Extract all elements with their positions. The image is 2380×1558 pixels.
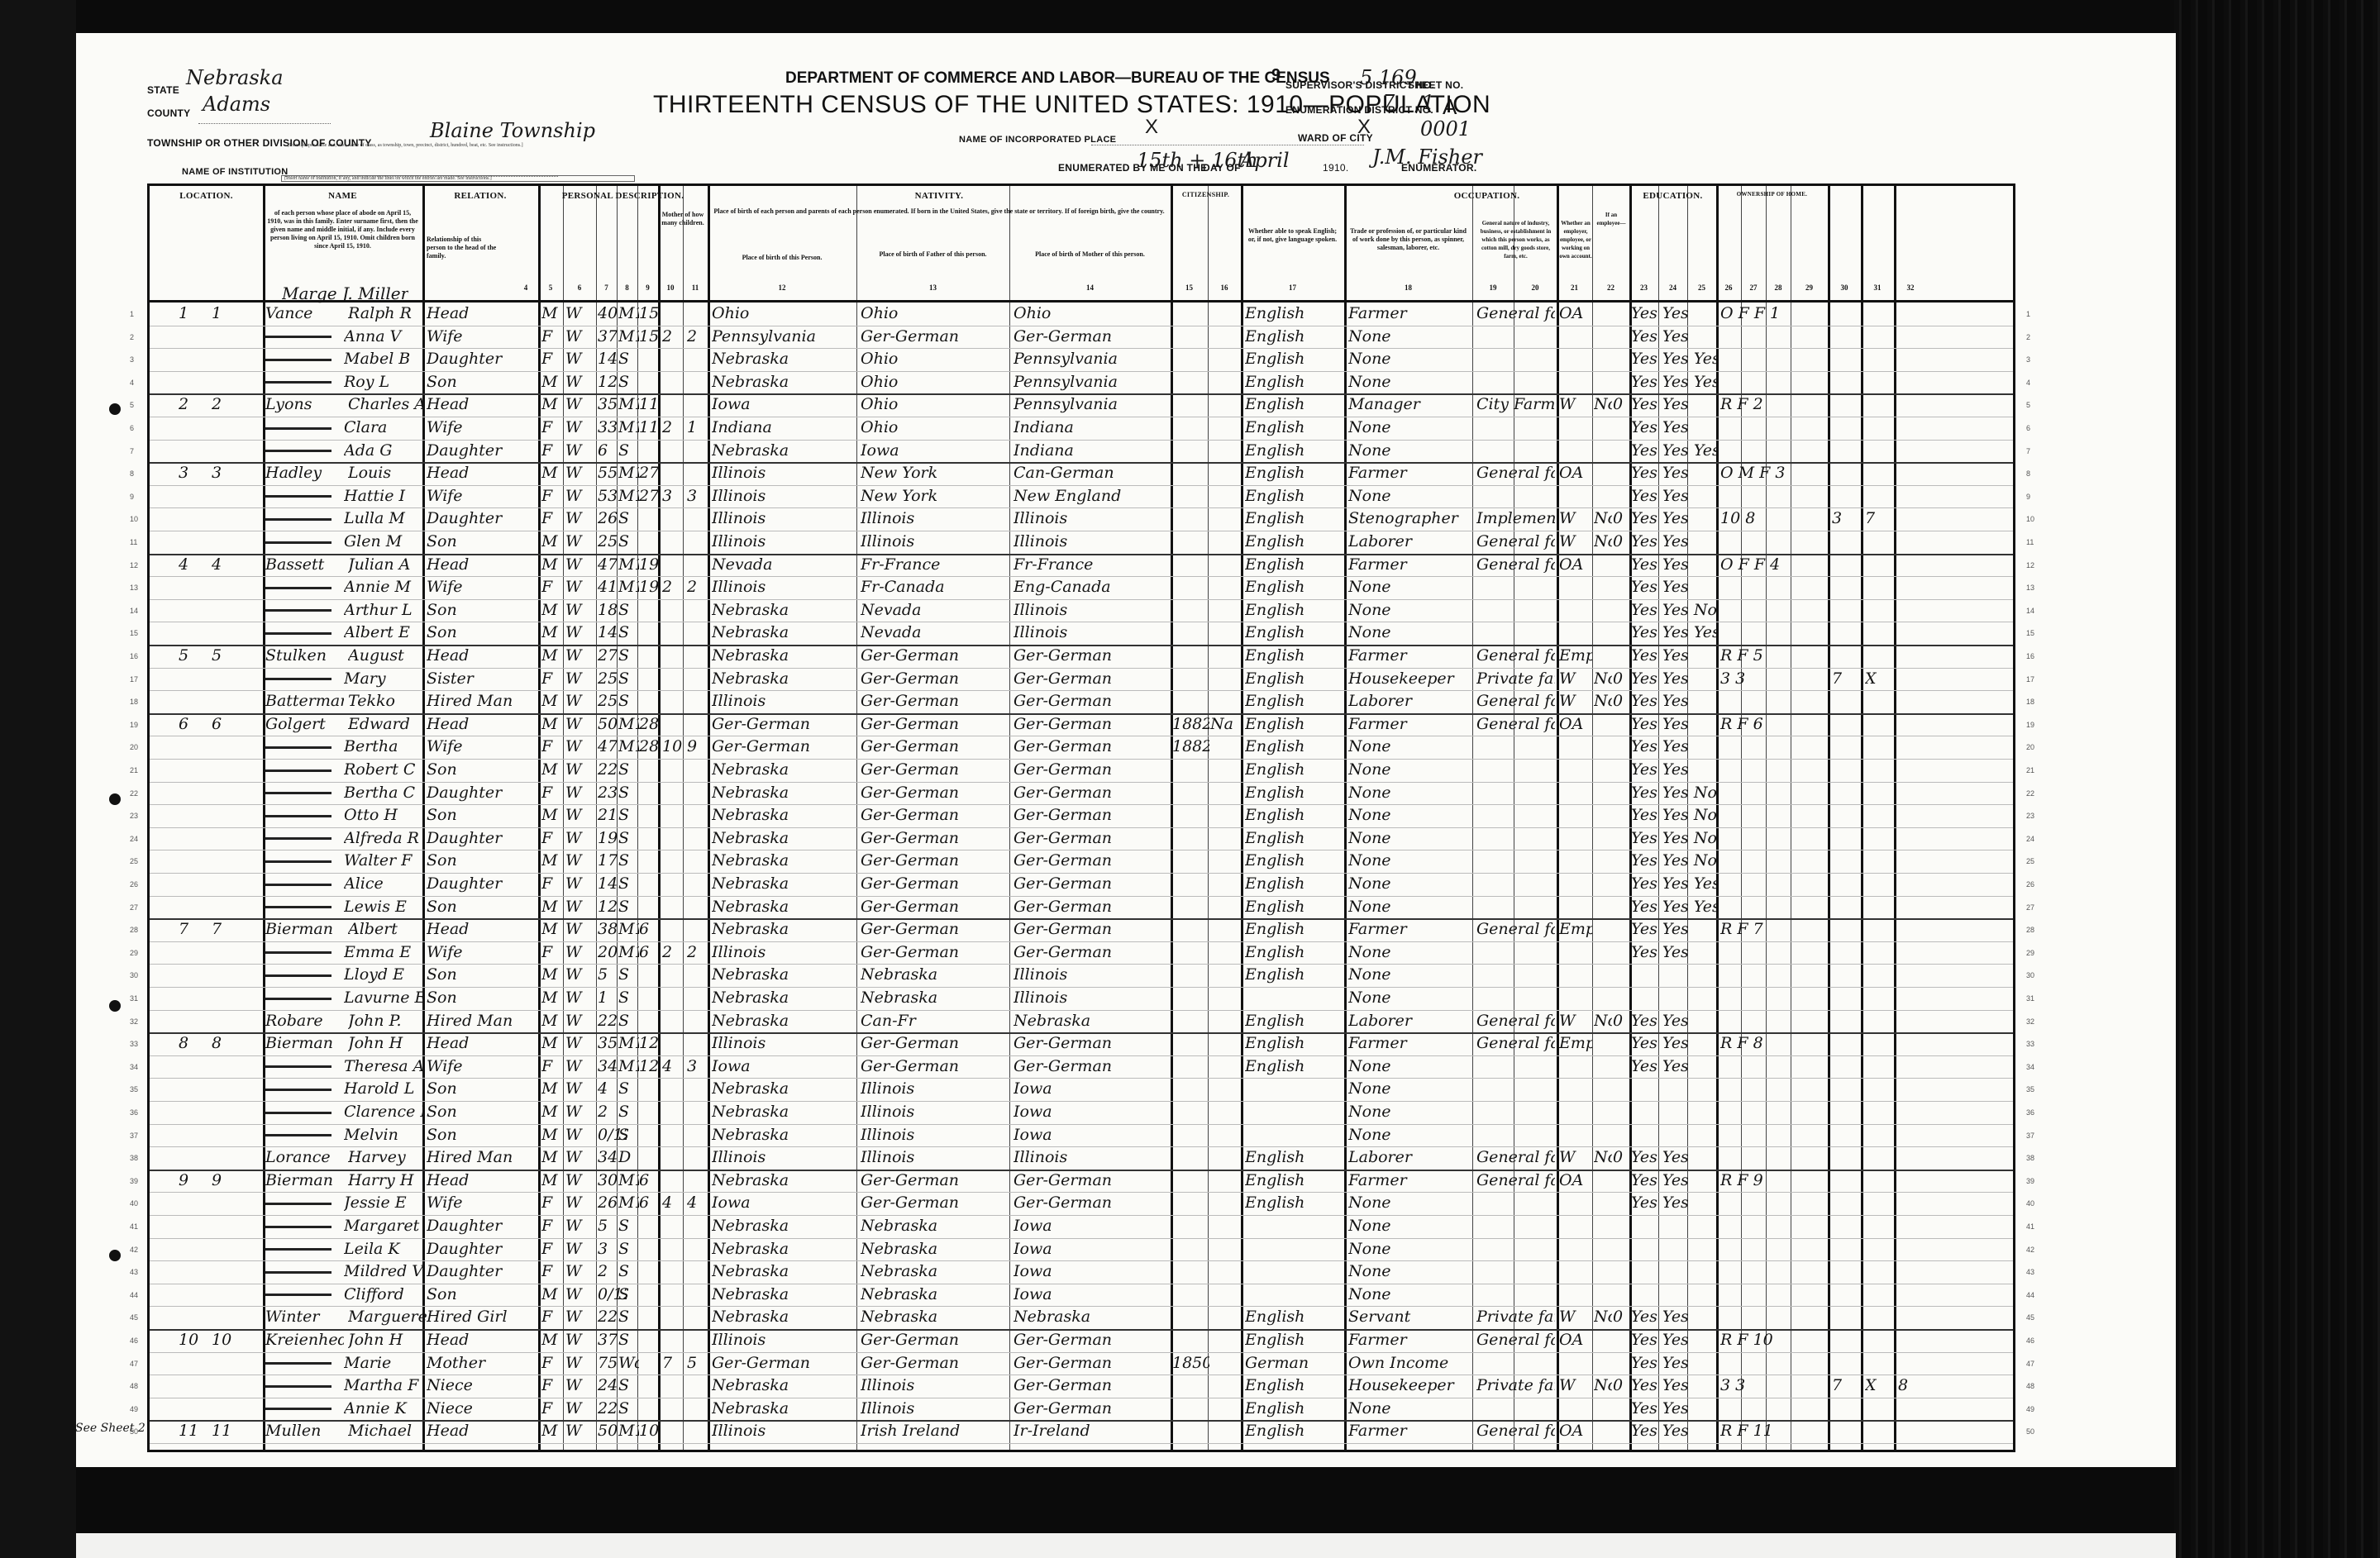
line-number: 11: [130, 538, 137, 546]
cell-bpm: Illinois: [1014, 509, 1171, 527]
cell-lang: English: [1245, 1034, 1344, 1052]
employer-heading: Whether an employer, employee, or workin…: [1559, 219, 1592, 260]
cell-c30: 3: [1832, 509, 1861, 527]
cell-sex: F: [541, 669, 562, 688]
cell-bpm: Ger-German: [1014, 1034, 1171, 1052]
table-row: 3131Lavurne ESonMW1SNebraskaNebraskaIlli…: [150, 987, 2013, 1011]
cell-emp: OA: [1559, 555, 1592, 574]
cell-c30: 7: [1832, 1376, 1861, 1394]
line-number: 30: [2026, 971, 2034, 979]
year-value: 1910.: [1323, 162, 1349, 174]
cell-race: W: [565, 965, 594, 984]
ditto-mark: [265, 860, 331, 863]
cell-surname: [265, 760, 344, 779]
cell-sex: M: [541, 851, 562, 870]
cell-trade: None: [1348, 578, 1472, 596]
cell-born: 7: [662, 1354, 683, 1372]
line-number: 4: [130, 379, 134, 387]
cell-mar: M1: [618, 1422, 639, 1440]
cell-sex: F: [541, 737, 562, 755]
cell-surname: [265, 829, 344, 847]
cell-rel: Head: [427, 1034, 534, 1052]
table-row: 1111VanceRalph RHeadMW40M115OhioOhioOhio…: [150, 303, 2013, 326]
cell-trade: None: [1348, 851, 1472, 870]
cell-surname: [265, 1057, 344, 1075]
cell-race: W: [565, 1376, 594, 1394]
cell-yrs: 27: [639, 487, 660, 505]
cell-given: Clifford: [344, 1285, 422, 1303]
cell-edu: Yes Yes: [1631, 692, 1716, 710]
cell-surname: [265, 1354, 344, 1372]
cell-mar: M1: [618, 578, 639, 596]
margin-mark: 9: [1271, 66, 1281, 85]
cell-fam: 5: [212, 646, 236, 665]
cell-surname: [265, 441, 344, 460]
cell-lang: English: [1245, 1194, 1344, 1212]
cell-bpm: Iowa: [1014, 1240, 1171, 1258]
cell-edu: Yes Yes: [1631, 760, 1716, 779]
cell-given: August: [348, 646, 427, 665]
line-number: 27: [2026, 903, 2034, 912]
cell-surname: Robare: [265, 1012, 344, 1030]
cell-born: 4: [662, 1194, 683, 1212]
cell-trade: None: [1348, 1126, 1472, 1144]
cell-bpf: Ohio: [861, 350, 1009, 368]
cell-bp: Illinois: [712, 1422, 856, 1440]
personal-description-heading: PERSONAL DESCRIPTION.: [538, 191, 708, 201]
cell-given: John H: [348, 1034, 427, 1052]
cell-trade: Laborer: [1348, 532, 1472, 550]
cell-lang: English: [1245, 737, 1344, 755]
cell-trade: Laborer: [1348, 692, 1472, 710]
cell-surname: [265, 989, 344, 1007]
cell-mar: S: [618, 373, 639, 391]
cell-given: Lewis E: [344, 898, 422, 916]
cell-trade: Servant: [1348, 1308, 1472, 1326]
cell-oow: No: [1594, 509, 1612, 527]
cell-yrs: 15: [639, 327, 660, 345]
cell-race: W: [565, 1354, 594, 1372]
cell-lang: English: [1245, 1308, 1344, 1326]
cell-bp: Illinois: [712, 578, 856, 596]
line-number: 8: [2026, 469, 2030, 478]
cell-ind: General farm: [1476, 1171, 1555, 1189]
cell-rel: Head: [427, 715, 534, 733]
cell-lang: English: [1245, 920, 1344, 938]
cell-race: W: [565, 1240, 594, 1258]
cell-given: John H: [348, 1331, 427, 1349]
cell-bpf: New York: [861, 487, 1009, 505]
cell-bpf: Ger-German: [861, 829, 1009, 847]
cell-bpm: Ger-German: [1014, 1331, 1171, 1349]
cell-bp: Nebraska: [712, 760, 856, 779]
cell-wks: 0: [1613, 1308, 1629, 1326]
cell-ind: General farm: [1476, 692, 1555, 710]
cell-lang: English: [1245, 555, 1344, 574]
cell-c30: 7: [1832, 669, 1861, 688]
ditto-mark: [265, 1248, 331, 1251]
line-number: 31: [130, 994, 138, 1003]
if-employee-heading: If an employee—: [1594, 211, 1629, 227]
cell-lang: English: [1245, 829, 1344, 847]
cell-bpm: Ir-Ireland: [1014, 1422, 1171, 1440]
cell-bpm: Ger-German: [1014, 646, 1171, 665]
cell-ind: Implement House: [1476, 509, 1555, 527]
ownership-heading: OWNERSHIP OF HOME.: [1716, 191, 1828, 198]
film-border-right: [2174, 0, 2380, 1558]
ditto-mark: [265, 746, 331, 749]
county-value: Adams: [203, 93, 270, 116]
cell-bpf: Ohio: [861, 304, 1009, 322]
cell-lang: English: [1245, 1171, 1344, 1189]
line-number: 24: [130, 835, 138, 843]
table-row: 5522LyonsCharles AHeadMW35M111IowaOhioPe…: [150, 393, 2013, 417]
cell-own: R F 6: [1720, 715, 1828, 733]
cell-dw: 5: [179, 646, 203, 665]
cell-fam: 9: [212, 1171, 236, 1189]
cell-rel: Son: [427, 532, 534, 550]
cell-edu: Yes Yes No: [1631, 784, 1716, 802]
cell-sex: F: [541, 784, 562, 802]
cell-fam: 6: [212, 715, 236, 733]
cell-fam: 2: [212, 395, 236, 413]
sheet-no-label: SHEET NO.: [1408, 79, 1463, 91]
cell-wks: 0: [1613, 509, 1629, 527]
table-row: 1010Lulla MDaughterFW26SIllinoisIllinois…: [150, 507, 2013, 531]
cell-mar: S: [618, 851, 639, 870]
cell-bpm: Iowa: [1014, 1079, 1171, 1098]
cell-rel: Wife: [427, 487, 534, 505]
cell-bp: Nebraska: [712, 1285, 856, 1303]
cell-race: W: [565, 1103, 594, 1121]
cell-dw: 11: [179, 1422, 203, 1440]
line-number: 42: [130, 1246, 138, 1254]
cell-lang: English: [1245, 806, 1344, 824]
cell-rel: Son: [427, 1103, 534, 1121]
cell-trade: None: [1348, 989, 1472, 1007]
cell-emp: OA: [1559, 715, 1592, 733]
cell-rel: Head: [427, 395, 534, 413]
cell-mar: S: [618, 898, 639, 916]
ditto-mark: [265, 632, 331, 635]
cell-ind: General farm: [1476, 555, 1555, 574]
cell-surname: [265, 327, 344, 345]
cell-bpm: Ger-German: [1014, 920, 1171, 938]
cell-surname: Bierman: [265, 1034, 344, 1052]
cell-trade: Farmer: [1348, 646, 1472, 665]
cell-lang: English: [1245, 898, 1344, 916]
line-number: 19: [130, 721, 138, 729]
cell-dw: 1: [179, 304, 203, 322]
cell-rel: Daughter: [427, 1262, 534, 1280]
table-row: 191966GolgertEdwardHeadMW50M128Ger-Germa…: [150, 713, 2013, 737]
cell-bpf: Ger-German: [861, 327, 1009, 345]
cell-surname: [265, 1240, 344, 1258]
cell-sex: M: [541, 1103, 562, 1121]
line-number: 32: [2026, 1017, 2034, 1026]
table-row: 4242Leila KDaughterFW3SNebraskaNebraskaI…: [150, 1238, 2013, 1262]
cell-race: W: [565, 1034, 594, 1052]
cell-sex: F: [541, 1354, 562, 1372]
cell-race: W: [565, 989, 594, 1007]
line-number: 7: [2026, 447, 2030, 455]
cell-bpf: Nebraska: [861, 965, 1009, 984]
cell-sex: F: [541, 943, 562, 961]
line-number: 18: [130, 698, 138, 706]
cell-bp: Ger-German: [712, 1354, 856, 1372]
cell-surname: Lorance: [265, 1148, 344, 1166]
cell-dw: 4: [179, 555, 203, 574]
cell-given: Marguerette: [348, 1308, 427, 1326]
cell-bp: Nebraska: [712, 806, 856, 824]
line-number: 45: [130, 1313, 138, 1322]
cell-rel: Daughter: [427, 350, 534, 368]
cell-rel: Daughter: [427, 874, 534, 893]
cell-mar: S: [618, 1217, 639, 1235]
line-number: 1: [2026, 310, 2030, 318]
cell-rel: Son: [427, 760, 534, 779]
cell-yrs: 6: [639, 1171, 660, 1189]
cell-rel: Son: [427, 601, 534, 619]
cell-dw: 6: [179, 715, 203, 733]
table-row: 2020BerthaWifeFW47M128109Ger-GermanGer-G…: [150, 736, 2013, 760]
cell-mar: S: [618, 1079, 639, 1098]
cell-trade: None: [1348, 1285, 1472, 1303]
ditto-mark: [265, 974, 331, 977]
cell-edu: Yes Yes: [1631, 1308, 1716, 1326]
cell-bp: Nevada: [712, 555, 856, 574]
cell-edu: Yes Yes: [1631, 532, 1716, 550]
line-number: 36: [2026, 1108, 2034, 1117]
cell-bp: Nebraska: [712, 1103, 856, 1121]
cell-fam: 1: [212, 304, 236, 322]
cell-trade: None: [1348, 806, 1472, 824]
cell-bpm: Iowa: [1014, 1126, 1171, 1144]
state-label: STATE: [147, 84, 179, 96]
cell-surname: [265, 943, 344, 961]
cell-given: Roy L: [344, 373, 422, 391]
table-row: 99Hattie IWifeFW53M12733IllinoisNew York…: [150, 485, 2013, 509]
cell-ind: General farm: [1476, 1422, 1555, 1440]
line-number: 48: [2026, 1382, 2034, 1390]
cell-lang: English: [1245, 1012, 1344, 1030]
line-number: 23: [130, 812, 138, 820]
cell-edu: Yes Yes: [1631, 669, 1716, 688]
cell-bp: Nebraska: [712, 669, 856, 688]
cell-rel: Son: [427, 373, 534, 391]
table-row: 3232RobareJohn P.Hired ManMW22SNebraskaC…: [150, 1010, 2013, 1035]
cell-living: 2: [687, 578, 708, 596]
line-number: 23: [2026, 812, 2034, 820]
cell-bpm: Ger-German: [1014, 851, 1171, 870]
table-row: 4747MarieMotherFW75Wd75Ger-GermanGer-Ger…: [150, 1352, 2013, 1376]
cell-mar: M1: [618, 943, 639, 961]
cell-mar: M1: [618, 1057, 639, 1075]
cell-mar: S: [618, 1012, 639, 1030]
cell-sex: M: [541, 646, 562, 665]
cell-surname: [265, 373, 344, 391]
cell-rel: Son: [427, 1285, 534, 1303]
cell-sex: M: [541, 1126, 562, 1144]
cell-own: R F 2: [1720, 395, 1828, 413]
cell-bpf: Ger-German: [861, 1331, 1009, 1349]
cell-rel: Son: [427, 1079, 534, 1098]
cell-fam: 11: [212, 1422, 236, 1440]
cell-living: 3: [687, 1057, 708, 1075]
cell-fam: 7: [212, 920, 236, 938]
cell-bpm: Illinois: [1014, 1148, 1171, 1166]
table-row: 333388BiermanJohn HHeadMW35M112IllinoisG…: [150, 1032, 2013, 1056]
cell-trade: None: [1348, 874, 1472, 893]
cell-mar: M1: [618, 715, 639, 733]
cell-bpm: Ger-German: [1014, 327, 1171, 345]
cell-c31: X: [1865, 1376, 1894, 1394]
cell-yrs: 11: [639, 395, 660, 413]
cell-bpf: Ohio: [861, 418, 1009, 436]
line-number: 12: [130, 561, 138, 569]
cell-mar: M1: [618, 327, 639, 345]
cell-mar: S: [618, 441, 639, 460]
cell-bpf: Ger-German: [861, 806, 1009, 824]
cell-given: Harvey: [348, 1148, 427, 1166]
cell-surname: [265, 965, 344, 984]
cell-emp: W: [1559, 1308, 1592, 1326]
cell-race: W: [565, 1194, 594, 1212]
cell-race: W: [565, 1012, 594, 1030]
cell-bpf: Nebraska: [861, 1308, 1009, 1326]
line-number: 42: [2026, 1246, 2034, 1254]
table-row: 1818BattermanTekkoHired ManMW25SIllinois…: [150, 690, 2013, 715]
cell-given: Margaret M: [344, 1217, 422, 1235]
cell-surname: [265, 1399, 344, 1417]
line-number: 37: [2026, 1132, 2034, 1140]
cell-mar: S: [618, 989, 639, 1007]
ditto-mark: [265, 1226, 331, 1228]
sheet-side: A: [1443, 94, 1457, 120]
cell-sex: F: [541, 487, 562, 505]
cell-rel: Hired Man: [427, 692, 534, 710]
cell-yrs: 12: [639, 1034, 660, 1052]
cell-dw: 7: [179, 920, 203, 938]
ditto-mark: [265, 1294, 331, 1296]
cell-lang: English: [1245, 373, 1344, 391]
cell-ind: General farm: [1476, 1034, 1555, 1052]
cell-own: R F 8: [1720, 1034, 1828, 1052]
cell-rel: Hired Man: [427, 1148, 534, 1166]
cell-rel: Son: [427, 623, 534, 641]
cell-surname: Bierman: [265, 920, 344, 938]
line-number: 46: [130, 1336, 138, 1345]
punch-hole-icon: [109, 1000, 121, 1012]
line-number: 7: [130, 447, 134, 455]
cell-own: R F 9: [1720, 1171, 1828, 1189]
cell-bpf: Ger-German: [861, 1057, 1009, 1075]
cell-bp: Nebraska: [712, 1262, 856, 1280]
cell-bpf: Fr-Canada: [861, 578, 1009, 596]
cell-trade: Stenographer: [1348, 509, 1472, 527]
cell-edu: Yes Yes: [1631, 737, 1716, 755]
cell-trade: None: [1348, 760, 1472, 779]
cell-wks: 0: [1613, 395, 1629, 413]
cell-given: Clarence R: [344, 1103, 422, 1121]
cell-trade: Own Income: [1348, 1354, 1472, 1372]
cell-race: W: [565, 737, 594, 755]
table-row: 8833HadleyLouisHeadMW55M127IllinoisNew Y…: [150, 462, 2013, 486]
cell-yrs: 19: [639, 578, 660, 596]
cell-trade: None: [1348, 327, 1472, 345]
cell-mar: S: [618, 692, 639, 710]
cell-sex: M: [541, 532, 562, 550]
cell-bpm: Illinois: [1014, 532, 1171, 550]
cell-rel: Sister: [427, 669, 534, 688]
cell-given: Arthur L: [344, 601, 422, 619]
cell-lang: English: [1245, 601, 1344, 619]
cell-lang: English: [1245, 669, 1344, 688]
table-row: 121244BassettJulian AHeadMW47M119NevadaF…: [150, 554, 2013, 578]
township-value: Blaine Township: [430, 119, 595, 142]
cell-race: W: [565, 304, 594, 322]
cell-mar: M1: [618, 1194, 639, 1212]
cell-oow: No: [1594, 1376, 1612, 1394]
citizenship-heading: CITIZENSHIP.: [1171, 191, 1241, 198]
cell-lang: English: [1245, 395, 1344, 413]
cell-rel: Head: [427, 304, 534, 322]
cell-yrs: 19: [639, 555, 660, 574]
cell-lang: English: [1245, 578, 1344, 596]
cell-bp: Pennsylvania: [712, 327, 856, 345]
cell-dw: 8: [179, 1034, 203, 1052]
cell-edu: Yes Yes: [1631, 943, 1716, 961]
sheet-no: 1: [1422, 91, 1434, 114]
cell-sex: F: [541, 829, 562, 847]
cell-rel: Wife: [427, 418, 534, 436]
cell-bpf: Iowa: [861, 441, 1009, 460]
cell-bpm: Illinois: [1014, 965, 1171, 984]
ditto-mark: [265, 587, 331, 589]
cell-rel: Daughter: [427, 829, 534, 847]
cell-bp: Nebraska: [712, 623, 856, 641]
cell-mar: M1: [618, 920, 639, 938]
cell-lang: English: [1245, 692, 1344, 710]
cell-rel: Daughter: [427, 1240, 534, 1258]
ditto-mark: [265, 815, 331, 817]
cell-bpm: Ger-German: [1014, 1354, 1171, 1372]
cell-bp: Indiana: [712, 418, 856, 436]
cell-emp: Emp: [1559, 1034, 1592, 1052]
punch-hole-icon: [109, 403, 121, 415]
line-number: 8: [130, 469, 134, 478]
line-number: 21: [130, 766, 138, 774]
cell-edu: Yes Yes: [1631, 1354, 1716, 1372]
cell-lang: English: [1245, 304, 1344, 322]
cell-mar: S: [618, 1285, 639, 1303]
table-row: 22Anna VWifeFW37M11522PennsylvaniaGer-Ge…: [150, 326, 2013, 350]
cell-lang: English: [1245, 1422, 1344, 1440]
ditto-mark: [265, 1134, 331, 1136]
cell-oow: No: [1594, 1308, 1612, 1326]
cell-bp: Nebraska: [712, 601, 856, 619]
cell-oow: No: [1594, 692, 1612, 710]
line-number: 43: [2026, 1268, 2034, 1276]
cell-given: Glen M: [344, 532, 422, 550]
department-heading: DEPARTMENT OF COMMERCE AND LABOR—BUREAU …: [785, 69, 1330, 88]
cell-bp: Illinois: [712, 464, 856, 482]
incorporated-place-value: X: [1145, 116, 1158, 139]
cell-bpm: Iowa: [1014, 1103, 1171, 1121]
cell-ind: General farm: [1476, 304, 1555, 322]
line-number: 41: [2026, 1222, 2034, 1231]
cell-bpm: Iowa: [1014, 1285, 1171, 1303]
